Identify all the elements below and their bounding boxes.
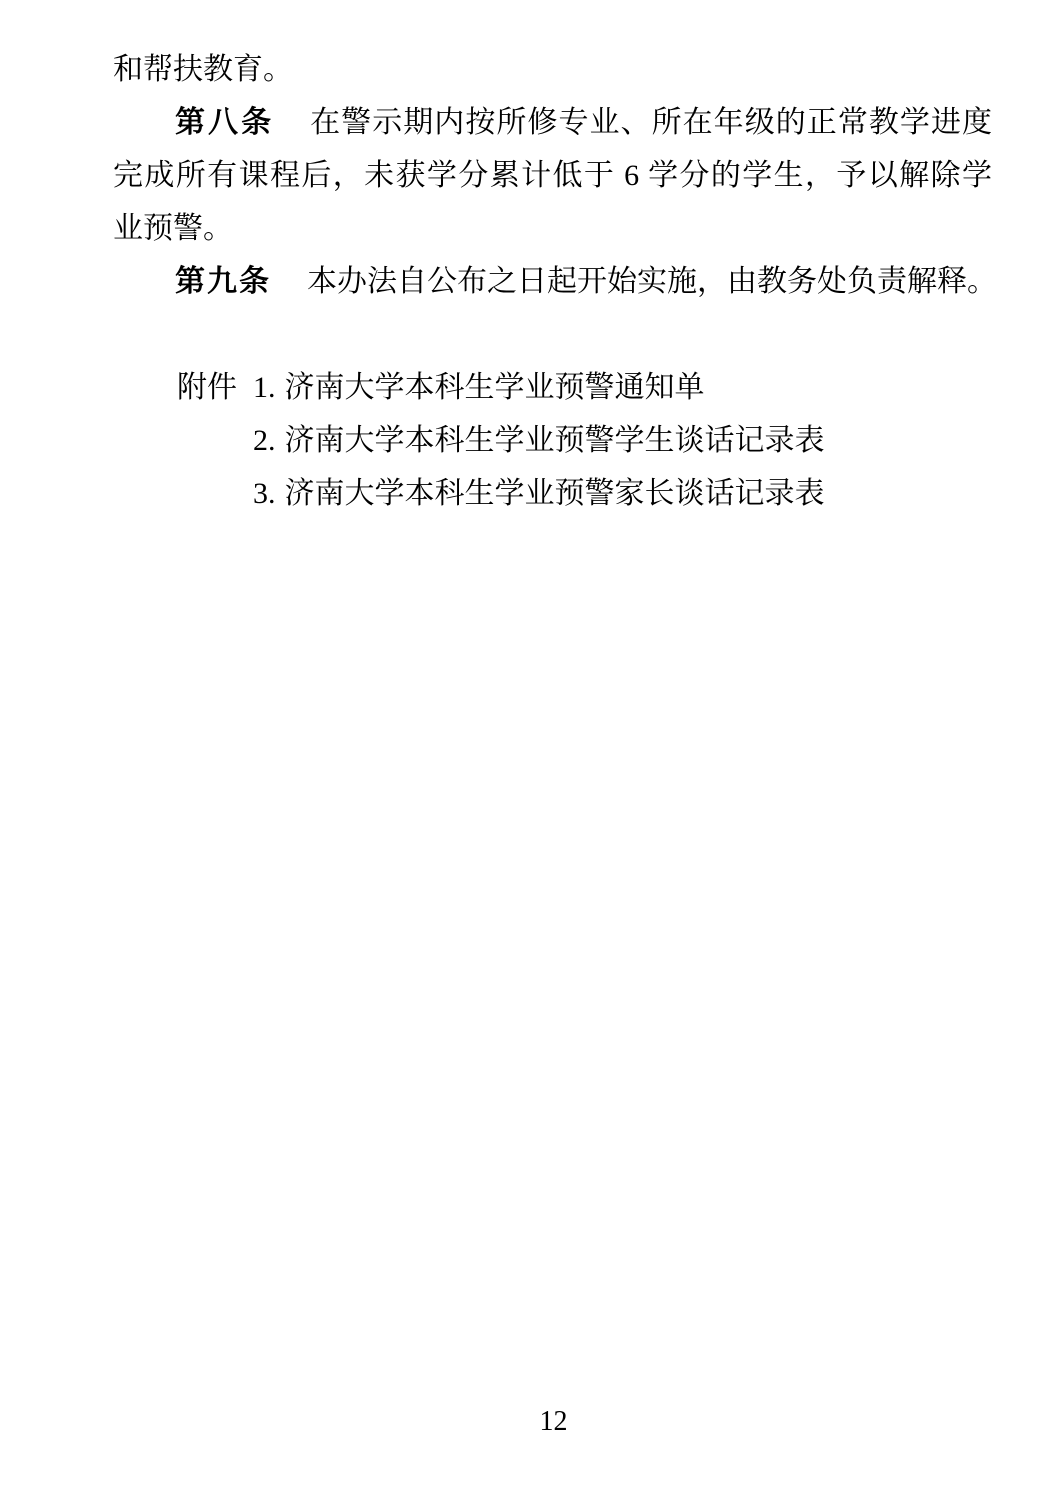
article-8-text-line-1: 在警示期内按所修专业、所在年级的正常教学进度 <box>310 106 992 139</box>
attachment-item-3-title: 济南大学本科生学业预警家长谈话记录表 <box>285 477 825 510</box>
attachment-item-1: 1.济南大学本科生学业预警通知单 <box>253 361 825 414</box>
attachments-list: 1.济南大学本科生学业预警通知单 2.济南大学本科生学业预警学生谈话记录表 3.… <box>253 361 825 520</box>
article-8-text-line-2: 完成所有课程后，未获学分累计低于 6 学分的学生，予以解除学 <box>113 149 992 202</box>
attachment-item-2-number: 2. <box>253 424 276 457</box>
attachment-item-1-title: 济南大学本科生学业预警通知单 <box>285 371 705 404</box>
attachment-item-2: 2.济南大学本科生学业预警学生谈话记录表 <box>253 414 825 467</box>
attachment-item-3-number: 3. <box>253 477 276 510</box>
article-8-text-line-3: 业预警。 <box>113 202 992 255</box>
article-9-text-line-1: 本办法自公布之日起开始实施，由教务处负责解释。 <box>307 265 997 298</box>
article-9-line: 第九条本办法自公布之日起开始实施，由教务处负责解释。 <box>113 255 992 308</box>
document-page: 和帮扶教育。 第八条在警示期内按所修专业、所在年级的正常教学进度 完成所有课程后… <box>0 0 1057 1497</box>
article-8-line-1: 第八条在警示期内按所修专业、所在年级的正常教学进度 <box>113 96 992 149</box>
article-9-number: 第九条 <box>175 265 271 298</box>
attachments-block: 附件 1.济南大学本科生学业预警通知单 2.济南大学本科生学业预警学生谈话记录表… <box>113 361 992 520</box>
attachments-label: 附件 <box>113 361 237 414</box>
paragraph-continuation: 和帮扶教育。 <box>113 43 992 96</box>
attachment-item-1-number: 1. <box>253 371 276 404</box>
attachment-item-3: 3.济南大学本科生学业预警家长谈话记录表 <box>253 467 825 520</box>
page-number: 12 <box>25 1407 1057 1437</box>
attachment-item-2-title: 济南大学本科生学业预警学生谈话记录表 <box>285 424 825 457</box>
article-8-number: 第八条 <box>175 106 274 139</box>
document-body: 和帮扶教育。 第八条在警示期内按所修专业、所在年级的正常教学进度 完成所有课程后… <box>113 43 992 520</box>
